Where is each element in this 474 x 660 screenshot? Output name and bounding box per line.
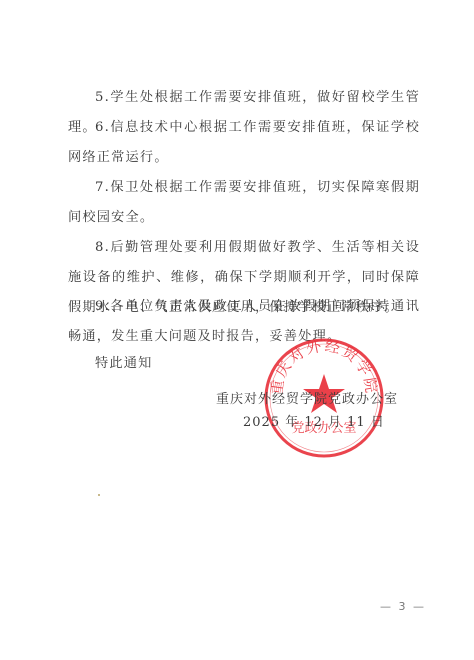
- paragraph-item-7: 7.保卫处根据工作需要安排值班，切实保障寒假期间校园安全。: [68, 173, 420, 233]
- document-page: 5.学生处根据工作需要安排值班，做好留校学生管理。 6.信息技术中心根据工作需要…: [0, 0, 474, 660]
- paragraph-item-6: 6.信息技术中心根据工作需要安排值班，保证学校网络正常运行。: [68, 113, 420, 173]
- signature-date: 2025 年 12 月 11 日: [243, 411, 385, 430]
- scan-speck: [98, 494, 100, 496]
- signature-organization: 重庆对外经贸学院党政办公室: [216, 388, 398, 407]
- closing-text: 特此通知: [95, 352, 153, 371]
- page-number: — 3 —: [380, 600, 426, 613]
